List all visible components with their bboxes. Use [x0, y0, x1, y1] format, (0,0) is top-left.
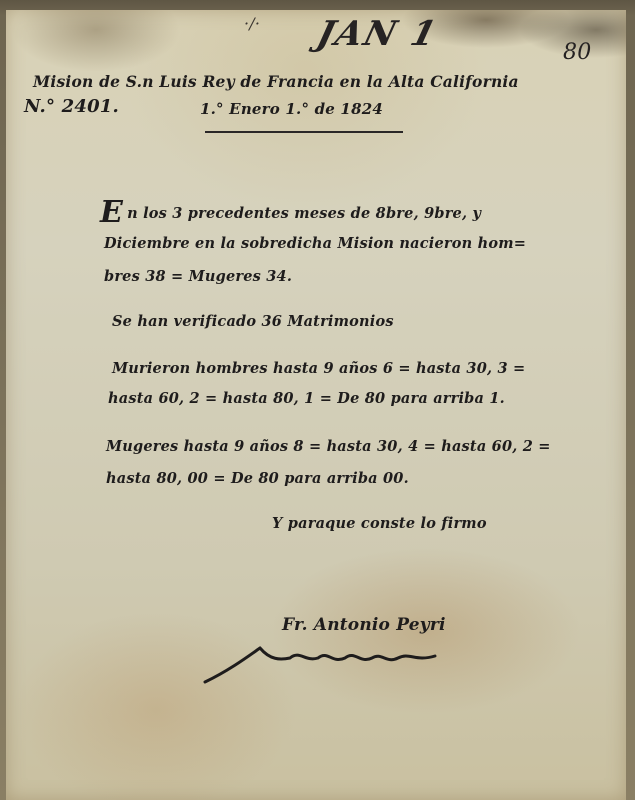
archive-stamp-mark: ·/·: [244, 14, 260, 33]
body-line-1: En los 3 precedentes meses de 8bre, 9bre…: [100, 195, 481, 230]
signature-rubric-flourish: [200, 640, 450, 685]
signature: Fr. Antonio Peyri: [282, 615, 446, 635]
header-mission-line: Mision de S.n Luis Rey de Francia en la …: [33, 72, 519, 91]
marriages-line: Se han verificado 36 Matrimonios: [112, 313, 394, 330]
folio-number: 80: [563, 40, 591, 65]
header-underline: [205, 131, 403, 133]
deaths-men-line-2: hasta 60, 2 = hasta 80, 1 = De 80 para a…: [108, 390, 505, 407]
deaths-men-line-1: Murieron hombres hasta 9 años 6 = hasta …: [112, 360, 525, 377]
archive-stamp-date: JAN 1: [313, 14, 442, 54]
body-line-1-text: n los 3 precedentes meses de 8bre, 9bre,…: [127, 205, 481, 222]
deaths-women-line-1: Mugeres hasta 9 años 8 = hasta 30, 4 = h…: [106, 438, 551, 455]
body-line-3: bres 38 = Mugeres 34.: [104, 268, 292, 285]
body-line-2: Diciembre en la sobredicha Mision nacier…: [104, 235, 526, 252]
attestation-line: Y paraque conste lo firmo: [272, 515, 487, 532]
deaths-women-line-2: hasta 80, 00 = De 80 para arriba 00.: [106, 470, 409, 487]
body-initial-letter: E: [100, 195, 123, 230]
header-date-line: 1.° Enero 1.° de 1824: [200, 100, 383, 118]
record-number: N.° 2401.: [24, 96, 119, 117]
